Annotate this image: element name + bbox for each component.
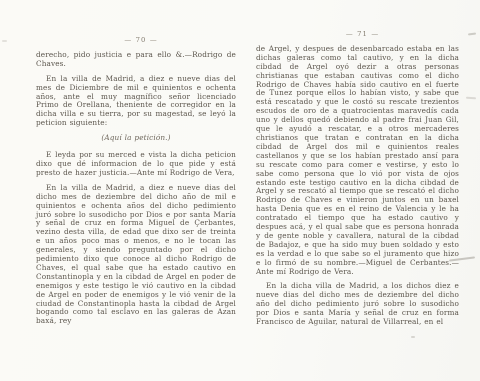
scan-artifact [468,32,476,35]
scan-artifact [466,97,476,99]
left-paragraph-continuation: derecho, pido justicia e para ello &.—Ro… [36,51,236,69]
left-paragraph-court-session: En la villa de Madrid, a diez e nueve di… [36,75,236,128]
right-page-number: — 71 — [256,30,459,39]
left-page: — 70 — derecho, pido justicia e para ell… [36,36,236,326]
right-paragraph-next-witness: En la dicha villa de Madrid, a los dicho… [256,282,459,327]
left-page-number: — 70 — [36,36,236,45]
right-page: — 71 — de Argel, y despues de desenbarca… [256,30,459,327]
scanned-book-spread: — 70 — derecho, pido justicia e para ell… [0,0,480,381]
right-paragraph-testimony-continuation: de Argel, y despues de desenbarcado esta… [256,45,459,277]
left-paragraph-ruling: E leyda por su merced e vista la dicha p… [36,151,236,178]
left-paragraph-testimony: En la villa de Madrid, a diez e nueve di… [36,184,236,327]
scan-artifact [2,40,7,42]
scan-artifact [411,336,415,338]
left-petition-note: (Aquí la petición.) [36,134,236,143]
